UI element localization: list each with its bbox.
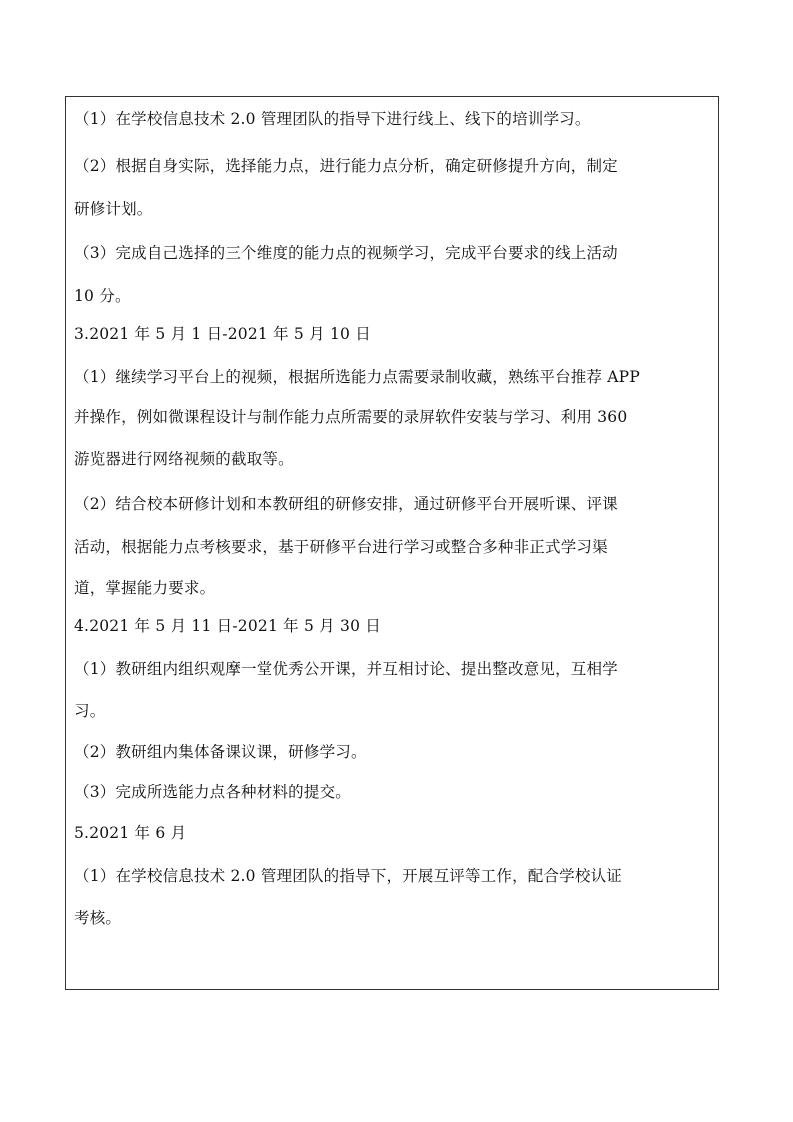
paragraph-line: 考核。	[74, 910, 121, 926]
paragraph-line: 10 分。	[74, 288, 131, 304]
paragraph-line: 并操作，例如微课程设计与制作能力点所需要的录屏软件安装与学习、利用 360	[74, 409, 627, 425]
document-table-cell: （1）在学校信息技术 2.0 管理团队的指导下进行线上、线下的培训学习。 （2）…	[65, 96, 719, 990]
paragraph-line: 活动，根据能力点考核要求，基于研修平台进行学习或整合多种非正式学习渠	[74, 539, 608, 555]
paragraph-line: （1）教研组内组织观摩一堂优秀公开课，并互相讨论、提出整改意见，互相学	[74, 661, 618, 677]
paragraph-line: （2）教研组内集体备课议课，研修学习。	[74, 744, 367, 760]
paragraph-line: 习。	[74, 703, 105, 719]
paragraph-line: （1）在学校信息技术 2.0 管理团队的指导下进行线上、线下的培训学习。	[74, 111, 591, 127]
paragraph-line: （3）完成自己选择的三个维度的能力点的视频学习，完成平台要求的线上活动	[74, 245, 618, 261]
section-heading: 5.2021 年 6 月	[74, 825, 186, 841]
paragraph-line: 道，掌握能力要求。	[74, 580, 215, 596]
paragraph-line: 游览器进行网络视频的截取等。	[74, 451, 294, 467]
paragraph-line: （3）完成所选能力点各种材料的提交。	[74, 784, 351, 800]
paragraph-line: （1）继续学习平台上的视频，根据所选能力点需要录制收藏，熟练平台推荐 APP	[74, 369, 640, 385]
paragraph-line: （1）在学校信息技术 2.0 管理团队的指导下，开展互评等工作，配合学校认证	[74, 868, 622, 884]
section-heading: 4.2021 年 5 月 11 日-2021 年 5 月 30 日	[74, 618, 381, 634]
section-heading: 3.2021 年 5 月 1 日-2021 年 5 月 10 日	[74, 326, 371, 342]
paragraph-line: 研修计划。	[74, 201, 153, 217]
paragraph-line: （2）根据自身实际，选择能力点，进行能力点分析，确定研修提升方向，制定	[74, 158, 618, 174]
paragraph-line: （2）结合校本研修计划和本教研组的研修安排，通过研修平台开展听课、评课	[74, 496, 618, 512]
